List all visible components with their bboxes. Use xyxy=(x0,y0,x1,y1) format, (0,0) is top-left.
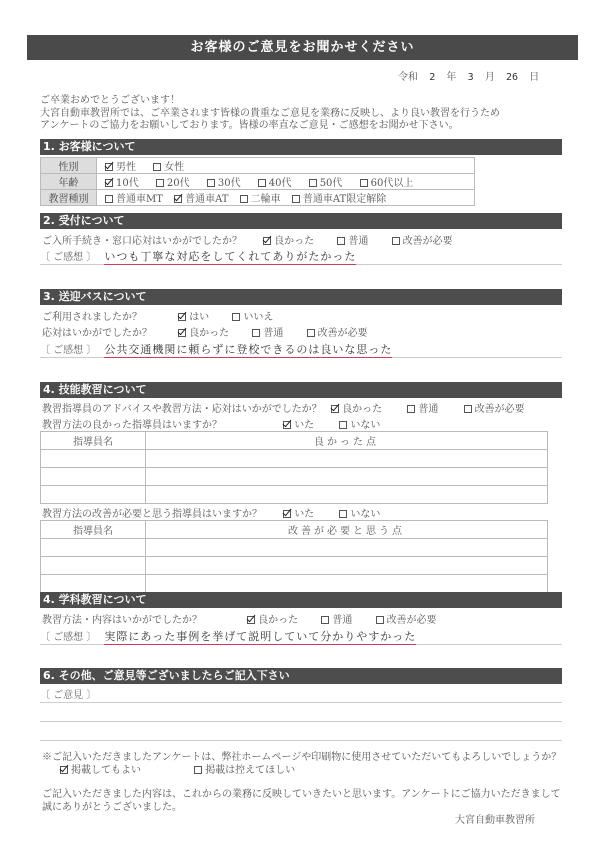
checkbox-checked-icon[interactable] xyxy=(105,179,113,187)
table-row xyxy=(41,450,548,468)
instructor-advice-row: 教習指導員のアドバイスや教習方法・応対はいかがでしたか？ 良かった 普通 改善が… xyxy=(42,400,539,415)
consent-options: 掲載してもよい 掲載は控えてほしい xyxy=(60,765,309,778)
table-row xyxy=(41,486,548,504)
column-header-instructor-name: 指導員名 xyxy=(41,521,146,539)
course-mt-option[interactable]: 普通車MT xyxy=(105,190,163,205)
option-label: 普通 xyxy=(348,236,368,247)
table-header-row: 指導員名 良かった点 xyxy=(41,432,548,450)
option-label: いない xyxy=(350,420,380,431)
checkbox-icon[interactable] xyxy=(307,329,315,337)
option-label: いた xyxy=(294,420,314,431)
checkbox-icon[interactable] xyxy=(392,237,400,245)
option-label: 改善が必要 xyxy=(387,615,437,626)
option-label: いた xyxy=(294,509,314,520)
instructor-advice-normal-option[interactable]: 普通 xyxy=(407,400,438,415)
option-label: 普通車MT xyxy=(116,194,163,205)
section-reception-header: 2. 受付について xyxy=(40,213,562,229)
option-label: 男性 xyxy=(116,162,136,173)
course-type-row: 教習種別 普通車MT 普通車AT 二輪車 普通車AT限定解除 xyxy=(41,190,475,206)
option-label: 改善が必要 xyxy=(403,236,453,247)
gender-female-option[interactable]: 女性 xyxy=(153,158,184,173)
instructor-name-cell[interactable] xyxy=(41,539,146,557)
option-label: 良かった xyxy=(258,615,298,626)
opinion-line[interactable] xyxy=(40,740,562,741)
reception-good-option[interactable]: 良かった xyxy=(263,232,314,247)
checkbox-icon[interactable] xyxy=(292,195,300,203)
age-row: 年齢 10代 20代 30代 40代 50代 60代以上 xyxy=(41,174,475,190)
option-label: 良かった xyxy=(274,236,314,247)
section-driving-lessons-header: 4. 技能教習について xyxy=(40,382,562,398)
checkbox-checked-icon[interactable] xyxy=(283,510,291,518)
course-type-label: 教習種別 xyxy=(41,190,97,206)
option-label: いいえ xyxy=(243,312,273,323)
age-40s-option[interactable]: 40代 xyxy=(258,174,292,189)
opinion-field[interactable]: 〔 ご意見 〕 xyxy=(40,686,562,703)
gender-label: 性別 xyxy=(41,158,97,174)
option-label: 普通 xyxy=(332,615,352,626)
improvement-points-cell[interactable] xyxy=(146,539,548,557)
bus-usage-no-option[interactable]: いいえ xyxy=(232,308,273,323)
reception-question: ご入所手続き・窓口応対はいかがでしたか？ xyxy=(42,232,260,247)
instructor-advice-improve-option[interactable]: 改善が必要 xyxy=(464,400,525,415)
intro-line: アンケートのご協力をお願いしております。皆様の率直なご意見・ご感想をお聞かせ下さ… xyxy=(40,120,580,133)
age-20s-option[interactable]: 20代 xyxy=(156,174,190,189)
good-instructor-no-option[interactable]: いない xyxy=(339,416,380,431)
instructor-name-cell[interactable] xyxy=(41,468,146,486)
option-label: 40代 xyxy=(269,178,292,189)
year-label: 年 xyxy=(446,72,456,83)
improvement-points-cell[interactable] xyxy=(146,575,548,593)
customer-profile-table: 性別 男性 女性 年齢 10代 20代 30代 40代 50代 60代以上 教習… xyxy=(40,157,475,206)
column-header-good-points: 良かった点 xyxy=(146,432,548,450)
checkbox-checked-icon[interactable] xyxy=(263,237,271,245)
checkbox-icon[interactable] xyxy=(258,179,266,187)
bus-service-improve-option[interactable]: 改善が必要 xyxy=(307,324,368,339)
checkbox-checked-icon[interactable] xyxy=(60,766,68,774)
improve-instructor-no-option[interactable]: いない xyxy=(339,505,380,520)
improve-instructor-question: 教習方法の改善が必要と思う指導員はいますか？ xyxy=(42,505,280,520)
course-motorcycle-option[interactable]: 二輪車 xyxy=(240,190,281,205)
checkbox-icon[interactable] xyxy=(339,421,347,429)
bus-service-question: 応対はいかがでしたか？ xyxy=(42,324,175,339)
classroom-good-option[interactable]: 良かった xyxy=(247,611,298,626)
reception-improve-option[interactable]: 改善が必要 xyxy=(392,232,453,247)
bus-service-row: 応対はいかがでしたか？ 良かった 普通 改善が必要 xyxy=(42,324,382,339)
option-label: 普通車AT xyxy=(185,194,228,205)
bus-usage-yes-option[interactable]: はい xyxy=(178,308,209,323)
checkbox-icon[interactable] xyxy=(337,237,345,245)
option-label: 掲載は控えてほしい xyxy=(205,765,295,776)
course-at-option[interactable]: 普通車AT xyxy=(174,190,228,205)
impression-label: 〔 ご感想 〕 xyxy=(40,345,96,356)
school-signature: 大宮自動車教習所 xyxy=(455,815,535,828)
checkbox-checked-icon[interactable] xyxy=(178,329,186,337)
good-instructor-question: 教習方法の良かった指導員はいますか？ xyxy=(42,416,280,431)
column-header-instructor-name: 指導員名 xyxy=(41,432,146,450)
checkbox-icon[interactable] xyxy=(407,405,415,413)
era-label: 令和 xyxy=(398,72,418,83)
good-points-cell[interactable] xyxy=(146,450,548,468)
bus-service-normal-option[interactable]: 普通 xyxy=(252,324,283,339)
consent-decline-option[interactable]: 掲載は控えてほしい xyxy=(194,765,295,778)
instructor-name-cell[interactable] xyxy=(41,557,146,575)
day-label: 日 xyxy=(529,72,539,83)
option-label: 20代 xyxy=(167,178,190,189)
checkbox-checked-icon[interactable] xyxy=(178,313,186,321)
year-value[interactable]: 2 xyxy=(429,72,435,83)
checkbox-checked-icon[interactable] xyxy=(331,405,339,413)
option-label: はい xyxy=(189,312,209,323)
bus-impression-field[interactable]: 〔 ご感想 〕公共交通機関に頼らずに登校できるのは良いな思った xyxy=(40,341,562,358)
good-instructor-row: 教習方法の良かった指導員はいますか？ いた いない xyxy=(42,416,394,431)
date-field: 令和 2 年 3 月 26 日 xyxy=(398,68,539,83)
table-row xyxy=(41,468,548,486)
option-label: 二輪車 xyxy=(251,194,281,205)
reception-normal-option[interactable]: 普通 xyxy=(337,232,368,247)
classroom-impression-text: 実際にあった事例を挙げて説明していて分かりやすかった xyxy=(104,630,416,645)
checkbox-icon[interactable] xyxy=(207,179,215,187)
checkbox-icon[interactable] xyxy=(240,195,248,203)
consent-allow-option[interactable]: 掲載してもよい xyxy=(60,765,141,778)
checkbox-icon[interactable] xyxy=(252,329,260,337)
checkbox-icon[interactable] xyxy=(321,616,329,624)
checkbox-icon[interactable] xyxy=(232,313,240,321)
month-label: 月 xyxy=(485,72,495,83)
option-label: 良かった xyxy=(189,328,229,339)
column-header-improvement-points: 改善が必要と思う点 xyxy=(146,521,548,539)
consent-question: ※ご記入いただきましたアンケートは、弊社ホームページや印刷物に使用させていただい… xyxy=(42,752,561,765)
age-50s-option[interactable]: 50代 xyxy=(309,174,343,189)
reception-impression-text: いつも丁寧な対応をしてくれてありがたかった xyxy=(104,250,356,265)
classroom-question-row: 教習方法・内容はいかがでしたか？ 良かった 普通 改善が必要 xyxy=(42,611,451,626)
age-10s-option[interactable]: 10代 xyxy=(105,174,139,189)
closing-line-2: 誠にありがとうございました。 xyxy=(42,802,182,815)
table-row xyxy=(41,575,548,593)
checkbox-checked-icon[interactable] xyxy=(174,195,182,203)
instructor-advice-good-option[interactable]: 良かった xyxy=(331,400,382,415)
good-instructor-yes-option[interactable]: いた xyxy=(283,416,314,431)
good-instructor-table: 指導員名 良かった点 xyxy=(40,431,548,504)
checkbox-icon[interactable] xyxy=(339,510,347,518)
checkbox-icon[interactable] xyxy=(360,179,368,187)
option-label: 改善が必要 xyxy=(318,328,368,339)
age-30s-option[interactable]: 30代 xyxy=(207,174,241,189)
impression-label: 〔 ご感想 〕 xyxy=(40,252,96,263)
gender-male-option[interactable]: 男性 xyxy=(105,158,136,173)
intro-line: ご卒業おめでとうございます！ xyxy=(40,95,580,108)
day-value[interactable]: 26 xyxy=(506,72,518,83)
impression-label: 〔 ご感想 〕 xyxy=(40,632,96,643)
age-60s-plus-option[interactable]: 60代以上 xyxy=(360,174,414,189)
closing-line-1: ご記入いただきました内容は、これからの業務に反映していきたいと思います。アンケー… xyxy=(42,789,561,802)
classroom-question: 教習方法・内容はいかがでしたか？ xyxy=(42,611,244,626)
bus-usage-question: ご利用されましたか？ xyxy=(42,308,175,323)
intro-line: 大宮自動車教習所では、ご卒業されます皆様の貴重なご意見を業務に反映し、より良い教… xyxy=(40,108,580,121)
instructor-name-cell[interactable] xyxy=(41,486,146,504)
good-points-cell[interactable] xyxy=(146,486,548,504)
option-label: 30代 xyxy=(218,178,241,189)
instructor-name-cell[interactable] xyxy=(41,450,146,468)
option-label: 10代 xyxy=(116,178,139,189)
option-label: 普通 xyxy=(418,404,438,415)
option-label: 60代以上 xyxy=(371,178,414,189)
checkbox-icon[interactable] xyxy=(153,163,161,171)
gender-row: 性別 男性 女性 xyxy=(41,158,475,174)
classroom-improve-option[interactable]: 改善が必要 xyxy=(376,611,437,626)
section-customer-header: 1. お客様について xyxy=(40,139,562,155)
section-classroom-lessons-header: 4. 学科教習について xyxy=(40,592,562,608)
age-label: 年齢 xyxy=(41,174,97,190)
improve-instructor-yes-option[interactable]: いた xyxy=(283,505,314,520)
checkbox-icon[interactable] xyxy=(464,405,472,413)
option-label: 普通車AT限定解除 xyxy=(303,194,386,205)
option-label: 普通 xyxy=(263,328,283,339)
improvement-points-cell[interactable] xyxy=(146,557,548,575)
checkbox-checked-icon[interactable] xyxy=(247,616,255,624)
table-row xyxy=(41,557,548,575)
checkbox-icon[interactable] xyxy=(309,179,317,187)
classroom-impression-field[interactable]: 〔 ご感想 〕実際にあった事例を挙げて説明していて分かりやすかった xyxy=(40,628,562,645)
improve-instructor-table: 指導員名 改善が必要と思う点 xyxy=(40,520,548,593)
bus-impression-text: 公共交通機関に頼らずに登校できるのは良いな思った xyxy=(104,343,392,358)
instructor-advice-question: 教習指導員のアドバイスや教習方法・応対はいかがでしたか？ xyxy=(42,400,328,415)
option-label: 女性 xyxy=(164,162,184,173)
checkbox-checked-icon[interactable] xyxy=(283,421,291,429)
bus-usage-row: ご利用されましたか？ はい いいえ xyxy=(42,308,287,323)
section-shuttle-bus-header: 3. 送迎バスについて xyxy=(40,289,562,305)
option-label: 良かった xyxy=(342,404,382,415)
option-label: 50代 xyxy=(320,178,343,189)
good-points-cell[interactable] xyxy=(146,468,548,486)
checkbox-icon[interactable] xyxy=(194,766,202,774)
bus-service-good-option[interactable]: 良かった xyxy=(178,324,229,339)
table-header-row: 指導員名 改善が必要と思う点 xyxy=(41,521,548,539)
opinion-label: 〔 ご意見 〕 xyxy=(40,690,96,701)
classroom-normal-option[interactable]: 普通 xyxy=(321,611,352,626)
checkbox-icon[interactable] xyxy=(156,179,164,187)
course-at-unlock-option[interactable]: 普通車AT限定解除 xyxy=(292,190,386,205)
improve-instructor-row: 教習方法の改善が必要と思う指導員はいますか？ いた いない xyxy=(42,505,394,520)
instructor-name-cell[interactable] xyxy=(41,575,146,593)
checkbox-icon[interactable] xyxy=(376,616,384,624)
section-other-comments-header: 6. その他、ご意見等ございましたらご記入下さい xyxy=(40,668,562,684)
checkbox-icon[interactable] xyxy=(105,195,113,203)
option-label: いない xyxy=(350,509,380,520)
intro-text: ご卒業おめでとうございます！ 大宮自動車教習所では、ご卒業されます皆様の貴重なご… xyxy=(40,95,580,133)
month-value[interactable]: 3 xyxy=(468,72,474,83)
page-title: お客様のご意見をお聞かせください xyxy=(27,35,578,60)
opinion-line[interactable] xyxy=(40,721,562,722)
reception-question-row: ご入所手続き・窓口応対はいかがでしたか？ 良かった 普通 改善が必要 xyxy=(42,232,467,247)
option-label: 掲載してもよい xyxy=(71,765,141,776)
checkbox-checked-icon[interactable] xyxy=(105,163,113,171)
reception-impression-field[interactable]: 〔 ご感想 〕いつも丁寧な対応をしてくれてありがたかった xyxy=(40,248,562,265)
option-label: 改善が必要 xyxy=(475,404,525,415)
table-row xyxy=(41,539,548,557)
